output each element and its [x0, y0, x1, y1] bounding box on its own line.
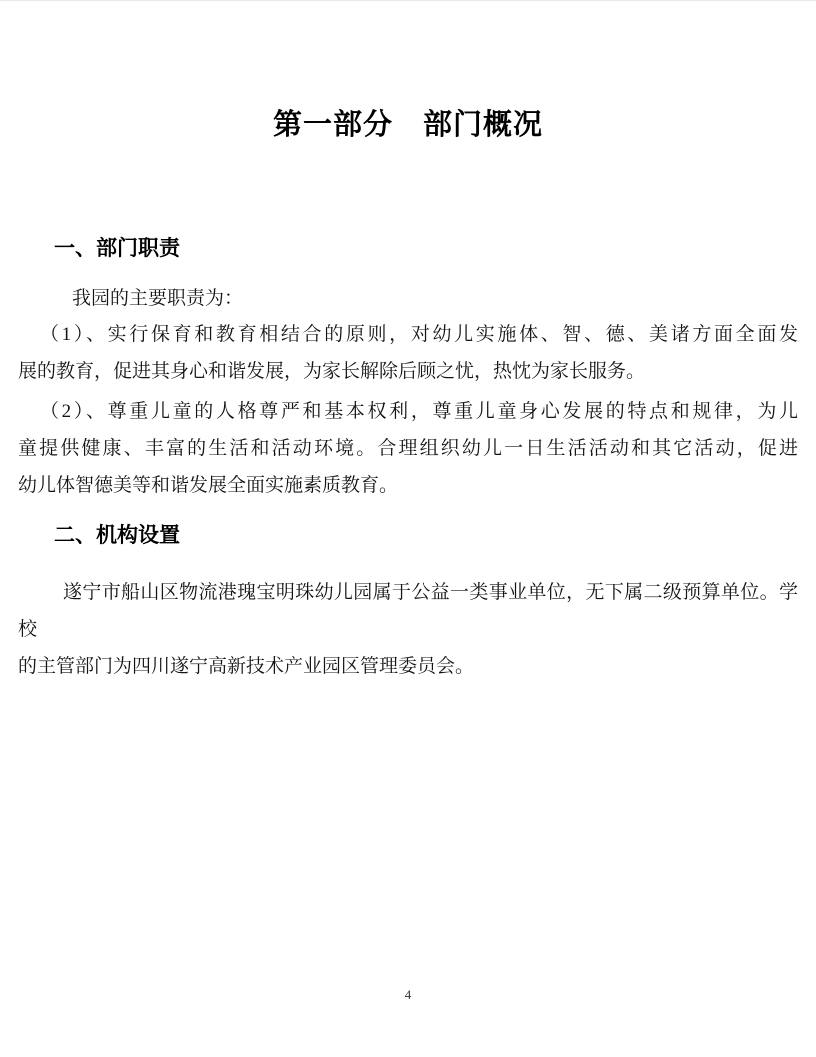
text-line: 我园的主要职责为： [18, 280, 798, 317]
section-2-heading: 二、机构设置 [54, 522, 180, 550]
text-line: 幼儿体智德美等和谐发展全面实施素质教育。 [18, 467, 798, 504]
section-1-intro: 我园的主要职责为： [18, 280, 798, 317]
text-line: 遂宁市船山区物流港瑰宝明珠幼儿园属于公益一类事业单位，无下属二级预算单位。学校 [18, 574, 798, 648]
text-line: 的主管部门为四川遂宁高新技术产业园区管理委员会。 [18, 648, 798, 685]
text-line: （1）、实行保育和教育相结合的原则，对幼儿实施体、智、德、美诸方面全面发 [18, 316, 798, 353]
section-1-paragraph-1: （1）、实行保育和教育相结合的原则，对幼儿实施体、智、德、美诸方面全面发 展的教… [18, 316, 798, 390]
document-title: 第一部分 部门概况 [0, 105, 816, 145]
section-1-paragraph-2: （2）、尊重儿童的人格尊严和基本权利，尊重儿童身心发展的特点和规律，为儿 童提供… [18, 393, 798, 504]
text-line: 展的教育，促进其身心和谐发展，为家长解除后顾之忧，热忱为家长服务。 [18, 353, 798, 390]
text-line: （2）、尊重儿童的人格尊严和基本权利，尊重儿童身心发展的特点和规律，为儿 [18, 393, 798, 430]
page-number: 4 [0, 986, 816, 1004]
document-page: 第一部分 部门概况 一、部门职责 我园的主要职责为： （1）、实行保育和教育相结… [0, 0, 816, 1057]
section-1-heading: 一、部门职责 [54, 235, 180, 263]
section-2-paragraph-1: 遂宁市船山区物流港瑰宝明珠幼儿园属于公益一类事业单位，无下属二级预算单位。学校 … [18, 574, 798, 685]
text-line: 童提供健康、丰富的生活和活动环境。合理组织幼儿一日生活活动和其它活动，促进 [18, 430, 798, 467]
